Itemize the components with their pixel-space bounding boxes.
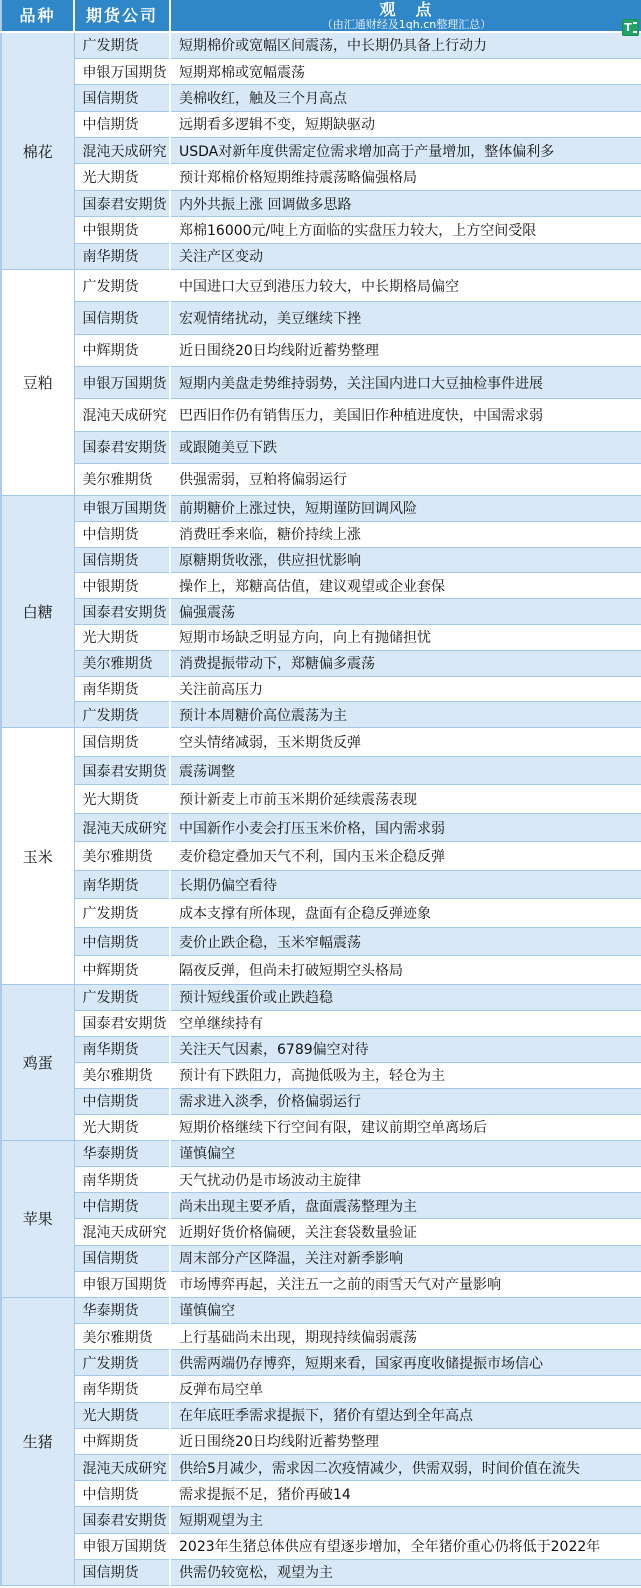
header-variety: 品种 — [1, 0, 74, 32]
table-row: 玉米国信期货空头情绪减弱，玉米期货反弹 — [1, 728, 641, 757]
company-cell: 申银万国期货 — [74, 366, 170, 398]
table-row: 豆粕广发期货中国进口大豆到港压力较大，中长期格局偏空 — [1, 270, 641, 302]
opinion-cell: 偏强震荡 — [170, 599, 641, 625]
opinion-cell: 天气扰动仍是市场波动主旋律 — [170, 1166, 641, 1192]
opinion-cell: 谨慎偏空 — [170, 1140, 641, 1166]
company-cell: 美尔雅期货 — [74, 1324, 170, 1350]
opinion-cell: 成本支撑有所体现，盘面有企稳反弹迹象 — [170, 899, 641, 928]
table-row: 美尔雅期货麦价稳定叠加天气不利，国内玉米企稳反弹 — [1, 842, 641, 871]
opinion-cell: 远期看多逻辑不变，短期缺驱动 — [170, 111, 641, 137]
opinion-cell: 在年底旺季需求提振下，猪价有望达到全年高点 — [170, 1402, 641, 1428]
company-cell: 中信期货 — [74, 111, 170, 137]
company-cell: 国信期货 — [74, 547, 170, 573]
opinion-cell: 操作上，郑糖高估值，建议观望或企业套保 — [170, 573, 641, 599]
company-cell: 广发期货 — [74, 270, 170, 302]
opinion-cell: 震荡调整 — [170, 756, 641, 785]
table-row: 美尔雅期货上行基础尚未出现，期现持续偏弱震荡 — [1, 1324, 641, 1350]
variety-cell: 鸡蛋 — [1, 984, 74, 1140]
table-row: 国信期货原糖期货收涨，供应担忧影响 — [1, 547, 641, 573]
table-row: 光大期货短期价格继续下行空间有限，建议前期空单离场后 — [1, 1114, 641, 1140]
table-row: 中信期货麦价止跌企稳，玉米窄幅震荡 — [1, 927, 641, 956]
table-row: 鸡蛋广发期货预计短线蛋价或止跌趋稳 — [1, 984, 641, 1010]
opinion-cell: 需求提振不足，猪价再破14 — [170, 1481, 641, 1507]
opinion-cell: 预计郑棉价格短期维持震荡略偏强格局 — [170, 164, 641, 190]
table-row: 申银万国期货2023年生猪总体供应有望逐步增加，全年猪价重心仍将低于2022年 — [1, 1533, 641, 1559]
opinions-table: 品种 期货公司 观 点 （由汇通财经及1qh.cn整理汇总） 棉花广发期货短期棉… — [0, 0, 641, 1586]
table-row: 中信期货尚未出现主要矛盾，盘面震荡整理为主 — [1, 1193, 641, 1219]
opinion-cell: 空头情绪减弱，玉米期货反弹 — [170, 728, 641, 757]
table-row: 棉花广发期货短期棉价或宽幅区间震荡，中长期仍具备上行动力 — [1, 32, 641, 58]
opinion-cell: 郑棉16000元/吨上方面临的实盘压力较大，上方空间受限 — [170, 217, 641, 243]
table-row: 生猪华泰期货谨慎偏空 — [1, 1297, 641, 1323]
opinion-cell: 麦价止跌企稳，玉米窄幅震荡 — [170, 927, 641, 956]
variety-cell: 豆粕 — [1, 270, 74, 496]
company-cell: 混沌天成研究 — [74, 813, 170, 842]
company-cell: 国信期货 — [74, 302, 170, 334]
table-row: 南华期货关注产区变动 — [1, 243, 641, 269]
translate-badge-icon[interactable]: T — [622, 19, 639, 36]
table-row: 广发期货成本支撑有所体现，盘面有企稳反弹迹象 — [1, 899, 641, 928]
opinion-cell: 近日围绕20日均线附近蓄势整理 — [170, 334, 641, 366]
table-row: 南华期货长期仍偏空看待 — [1, 870, 641, 899]
translate-badge-lines — [633, 22, 637, 33]
opinion-cell: 前期糖价上涨过快，短期谨防回调风险 — [170, 496, 641, 522]
opinion-cell: 反弹布局空单 — [170, 1376, 641, 1402]
header-opinion-subtitle: （由汇通财经及1qh.cn整理汇总） — [171, 18, 641, 31]
opinion-cell: 麦价稳定叠加天气不利，国内玉米企稳反弹 — [170, 842, 641, 871]
company-cell: 申银万国期货 — [74, 1271, 170, 1297]
table-row: 光大期货预计郑棉价格短期维持震荡略偏强格局 — [1, 164, 641, 190]
table-row: 混沌天成研究中国新作小麦会打压玉米价格，国内需求弱 — [1, 813, 641, 842]
opinion-cell: 原糖期货收涨，供应担忧影响 — [170, 547, 641, 573]
company-cell: 国信期货 — [74, 1559, 170, 1585]
variety-cell: 苹果 — [1, 1140, 74, 1297]
opinion-cell: 短期郑棉或宽幅震荡 — [170, 58, 641, 84]
header-opinion: 观 点 （由汇通财经及1qh.cn整理汇总） — [170, 0, 641, 32]
table-header: 品种 期货公司 观 点 （由汇通财经及1qh.cn整理汇总） — [1, 0, 641, 32]
company-cell: 美尔雅期货 — [74, 463, 170, 495]
company-cell: 中辉期货 — [74, 334, 170, 366]
opinion-cell: 短期内美盘走势维持弱势，关注国内进口大豆抽检事件进展 — [170, 366, 641, 398]
opinion-cell: 隔夜反弹，但尚未打破短期空头格局 — [170, 956, 641, 985]
opinion-cell: 关注天气因素，6789偏空对待 — [170, 1036, 641, 1062]
table-row: 国泰君安期货短期观望为主 — [1, 1507, 641, 1533]
opinion-cell: 或跟随美豆下跌 — [170, 431, 641, 463]
opinion-cell: 长期仍偏空看待 — [170, 870, 641, 899]
opinion-cell: 预计本周糖价高位震荡为主 — [170, 702, 641, 728]
table-row: 光大期货短期市场缺乏明显方向，向上有抛储担忧 — [1, 625, 641, 651]
table-row: 申银万国期货短期郑棉或宽幅震荡 — [1, 58, 641, 84]
table-row: 国泰君安期货偏强震荡 — [1, 599, 641, 625]
table-row: 南华期货天气扰动仍是市场波动主旋律 — [1, 1166, 641, 1192]
opinion-cell: USDA对新年度供需定位需求增加高于产量增加，整体偏利多 — [170, 138, 641, 164]
company-cell: 中银期货 — [74, 573, 170, 599]
table-row: 白糖申银万国期货前期糖价上涨过快，短期谨防回调风险 — [1, 496, 641, 522]
table-row: 国信期货美棉收红，触及三个月高点 — [1, 85, 641, 111]
header-row: 品种 期货公司 观 点 （由汇通财经及1qh.cn整理汇总） — [1, 0, 641, 32]
table-row: 国信期货周末部分产区降温，关注对新季影响 — [1, 1245, 641, 1271]
opinion-cell: 近期好货价格偏硬，关注套袋数量验证 — [170, 1219, 641, 1245]
futures-opinions-page: { "header": { "col_variety": "品种", "col_… — [0, 0, 641, 1588]
company-cell: 广发期货 — [74, 899, 170, 928]
table-body: 棉花广发期货短期棉价或宽幅区间震荡，中长期仍具备上行动力申银万国期货短期郑棉或宽… — [1, 32, 641, 1585]
table-row: 国信期货供需仍较宽松，观望为主 — [1, 1559, 641, 1585]
header-company: 期货公司 — [74, 0, 170, 32]
company-cell: 华泰期货 — [74, 1297, 170, 1323]
table-row: 广发期货预计本周糖价高位震荡为主 — [1, 702, 641, 728]
table-row: 国泰君安期货空单继续持有 — [1, 1010, 641, 1036]
opinion-cell: 消费旺季来临，糖价持续上涨 — [170, 521, 641, 547]
table-row: 中信期货需求进入淡季，价格偏弱运行 — [1, 1088, 641, 1114]
company-cell: 广发期货 — [74, 32, 170, 58]
table-row: 广发期货供需两端仍存博弈，短期来看，国家再度收储提振市场信心 — [1, 1350, 641, 1376]
table-row: 中银期货郑棉16000元/吨上方面临的实盘压力较大，上方空间受限 — [1, 217, 641, 243]
table-row: 苹果华泰期货谨慎偏空 — [1, 1140, 641, 1166]
table-row: 中信期货消费旺季来临，糖价持续上涨 — [1, 521, 641, 547]
company-cell: 国泰君安期货 — [74, 431, 170, 463]
company-cell: 南华期货 — [74, 1166, 170, 1192]
company-cell: 光大期货 — [74, 164, 170, 190]
company-cell: 国信期货 — [74, 1245, 170, 1271]
company-cell: 中信期货 — [74, 1088, 170, 1114]
company-cell: 混沌天成研究 — [74, 138, 170, 164]
company-cell: 国信期货 — [74, 728, 170, 757]
opinion-cell: 短期棉价或宽幅区间震荡，中长期仍具备上行动力 — [170, 32, 641, 58]
table-row: 国泰君安期货震荡调整 — [1, 756, 641, 785]
table-row: 混沌天成研究近期好货价格偏硬，关注套袋数量验证 — [1, 1219, 641, 1245]
table-row: 中辉期货近日围绕20日均线附近蓄势整理 — [1, 1428, 641, 1454]
company-cell: 混沌天成研究 — [74, 399, 170, 431]
company-cell: 申银万国期货 — [74, 1533, 170, 1559]
opinion-cell: 内外共振上涨 回调做多思路 — [170, 190, 641, 216]
company-cell: 南华期货 — [74, 243, 170, 269]
company-cell: 南华期货 — [74, 676, 170, 702]
table-row: 中银期货操作上，郑糖高估值，建议观望或企业套保 — [1, 573, 641, 599]
company-cell: 中辉期货 — [74, 1428, 170, 1454]
company-cell: 申银万国期货 — [74, 496, 170, 522]
opinion-cell: 预计短线蛋价或止跌趋稳 — [170, 984, 641, 1010]
company-cell: 美尔雅期货 — [74, 650, 170, 676]
company-cell: 美尔雅期货 — [74, 1062, 170, 1088]
table-row: 中信期货需求提振不足，猪价再破14 — [1, 1481, 641, 1507]
company-cell: 华泰期货 — [74, 1140, 170, 1166]
table-row: 混沌天成研究USDA对新年度供需定位需求增加高于产量增加，整体偏利多 — [1, 138, 641, 164]
opinion-cell: 谨慎偏空 — [170, 1297, 641, 1323]
variety-cell: 棉花 — [1, 32, 74, 270]
company-cell: 南华期货 — [74, 1036, 170, 1062]
company-cell: 中信期货 — [74, 521, 170, 547]
company-cell: 国泰君安期货 — [74, 190, 170, 216]
opinion-cell: 市场博弈再起，关注五一之前的雨雪天气对产量影响 — [170, 1271, 641, 1297]
opinion-cell: 预计新麦上市前玉米期价延续震荡表现 — [170, 785, 641, 814]
table-row: 中辉期货隔夜反弹，但尚未打破短期空头格局 — [1, 956, 641, 985]
table-row: 美尔雅期货供强需弱，豆粕将偏弱运行 — [1, 463, 641, 495]
header-variety-label: 品种 — [2, 7, 73, 24]
table-row: 中辉期货近日围绕20日均线附近蓄势整理 — [1, 334, 641, 366]
company-cell: 国泰君安期货 — [74, 599, 170, 625]
table-row: 中信期货远期看多逻辑不变，短期缺驱动 — [1, 111, 641, 137]
opinion-cell: 巴西旧作仍有销售压力，美国旧作种植进度快，中国需求弱 — [170, 399, 641, 431]
company-cell: 光大期货 — [74, 1402, 170, 1428]
opinion-cell: 中国新作小麦会打压玉米价格，国内需求弱 — [170, 813, 641, 842]
opinion-cell: 短期价格继续下行空间有限，建议前期空单离场后 — [170, 1114, 641, 1140]
company-cell: 国泰君安期货 — [74, 1010, 170, 1036]
company-cell: 美尔雅期货 — [74, 842, 170, 871]
table-row: 混沌天成研究供给5月减少，需求因二次疫情减少，供需双弱，时间价值在流失 — [1, 1455, 641, 1481]
table-row: 美尔雅期货预计有下跌阻力，高抛低吸为主，轻仓为主 — [1, 1062, 641, 1088]
company-cell: 中信期货 — [74, 1193, 170, 1219]
company-cell: 中银期货 — [74, 217, 170, 243]
opinion-cell: 供给5月减少，需求因二次疫情减少，供需双弱，时间价值在流失 — [170, 1455, 641, 1481]
table-row: 国泰君安期货或跟随美豆下跌 — [1, 431, 641, 463]
opinion-cell: 需求进入淡季，价格偏弱运行 — [170, 1088, 641, 1114]
company-cell: 国泰君安期货 — [74, 756, 170, 785]
company-cell: 国泰君安期货 — [74, 1507, 170, 1533]
table-row: 混沌天成研究巴西旧作仍有销售压力，美国旧作种植进度快，中国需求弱 — [1, 399, 641, 431]
company-cell: 申银万国期货 — [74, 58, 170, 84]
company-cell: 光大期货 — [74, 785, 170, 814]
company-cell: 中信期货 — [74, 927, 170, 956]
opinion-cell: 上行基础尚未出现，期现持续偏弱震荡 — [170, 1324, 641, 1350]
table-row: 光大期货在年底旺季需求提振下，猪价有望达到全年高点 — [1, 1402, 641, 1428]
opinion-cell: 中国进口大豆到港压力较大，中长期格局偏空 — [170, 270, 641, 302]
table-row: 美尔雅期货消费提振带动下，郑糖偏多震荡 — [1, 650, 641, 676]
company-cell: 混沌天成研究 — [74, 1455, 170, 1481]
opinion-cell: 预计有下跌阻力，高抛低吸为主，轻仓为主 — [170, 1062, 641, 1088]
company-cell: 混沌天成研究 — [74, 1219, 170, 1245]
opinion-cell: 供需仍较宽松，观望为主 — [170, 1559, 641, 1585]
company-cell: 国信期货 — [74, 85, 170, 111]
company-cell: 中辉期货 — [74, 956, 170, 985]
opinion-cell: 供需两端仍存博弈，短期来看，国家再度收储提振市场信心 — [170, 1350, 641, 1376]
opinion-cell: 宏观情绪扰动，美豆继续下挫 — [170, 302, 641, 334]
opinion-cell: 尚未出现主要矛盾，盘面震荡整理为主 — [170, 1193, 641, 1219]
header-company-label: 期货公司 — [75, 7, 169, 24]
variety-cell: 白糖 — [1, 496, 74, 728]
table-row: 南华期货反弹布局空单 — [1, 1376, 641, 1402]
opinion-cell: 周末部分产区降温，关注对新季影响 — [170, 1245, 641, 1271]
variety-cell: 玉米 — [1, 728, 74, 985]
opinion-cell: 短期观望为主 — [170, 1507, 641, 1533]
table-row: 申银万国期货短期内美盘走势维持弱势，关注国内进口大豆抽检事件进展 — [1, 366, 641, 398]
company-cell: 广发期货 — [74, 702, 170, 728]
company-cell: 光大期货 — [74, 625, 170, 651]
opinion-cell: 近日围绕20日均线附近蓄势整理 — [170, 1428, 641, 1454]
company-cell: 广发期货 — [74, 984, 170, 1010]
variety-cell: 生猪 — [1, 1297, 74, 1585]
table-row: 南华期货关注天气因素，6789偏空对待 — [1, 1036, 641, 1062]
opinion-cell: 美棉收红，触及三个月高点 — [170, 85, 641, 111]
opinion-cell: 短期市场缺乏明显方向，向上有抛储担忧 — [170, 625, 641, 651]
company-cell: 光大期货 — [74, 1114, 170, 1140]
opinion-cell: 2023年生猪总体供应有望逐步增加，全年猪价重心仍将低于2022年 — [170, 1533, 641, 1559]
translate-badge-letter: T — [624, 22, 632, 33]
opinion-cell: 供强需弱，豆粕将偏弱运行 — [170, 463, 641, 495]
table-row: 国泰君安期货内外共振上涨 回调做多思路 — [1, 190, 641, 216]
opinion-cell: 消费提振带动下，郑糖偏多震荡 — [170, 650, 641, 676]
opinion-cell: 空单继续持有 — [170, 1010, 641, 1036]
opinion-cell: 关注前高压力 — [170, 676, 641, 702]
table-row: 南华期货关注前高压力 — [1, 676, 641, 702]
company-cell: 南华期货 — [74, 870, 170, 899]
table-row: 申银万国期货市场博弈再起，关注五一之前的雨雪天气对产量影响 — [1, 1271, 641, 1297]
company-cell: 广发期货 — [74, 1350, 170, 1376]
opinion-cell: 关注产区变动 — [170, 243, 641, 269]
header-opinion-title: 观 点 — [171, 1, 641, 18]
company-cell: 南华期货 — [74, 1376, 170, 1402]
company-cell: 中信期货 — [74, 1481, 170, 1507]
table-row: 光大期货预计新麦上市前玉米期价延续震荡表现 — [1, 785, 641, 814]
table-row: 国信期货宏观情绪扰动，美豆继续下挫 — [1, 302, 641, 334]
